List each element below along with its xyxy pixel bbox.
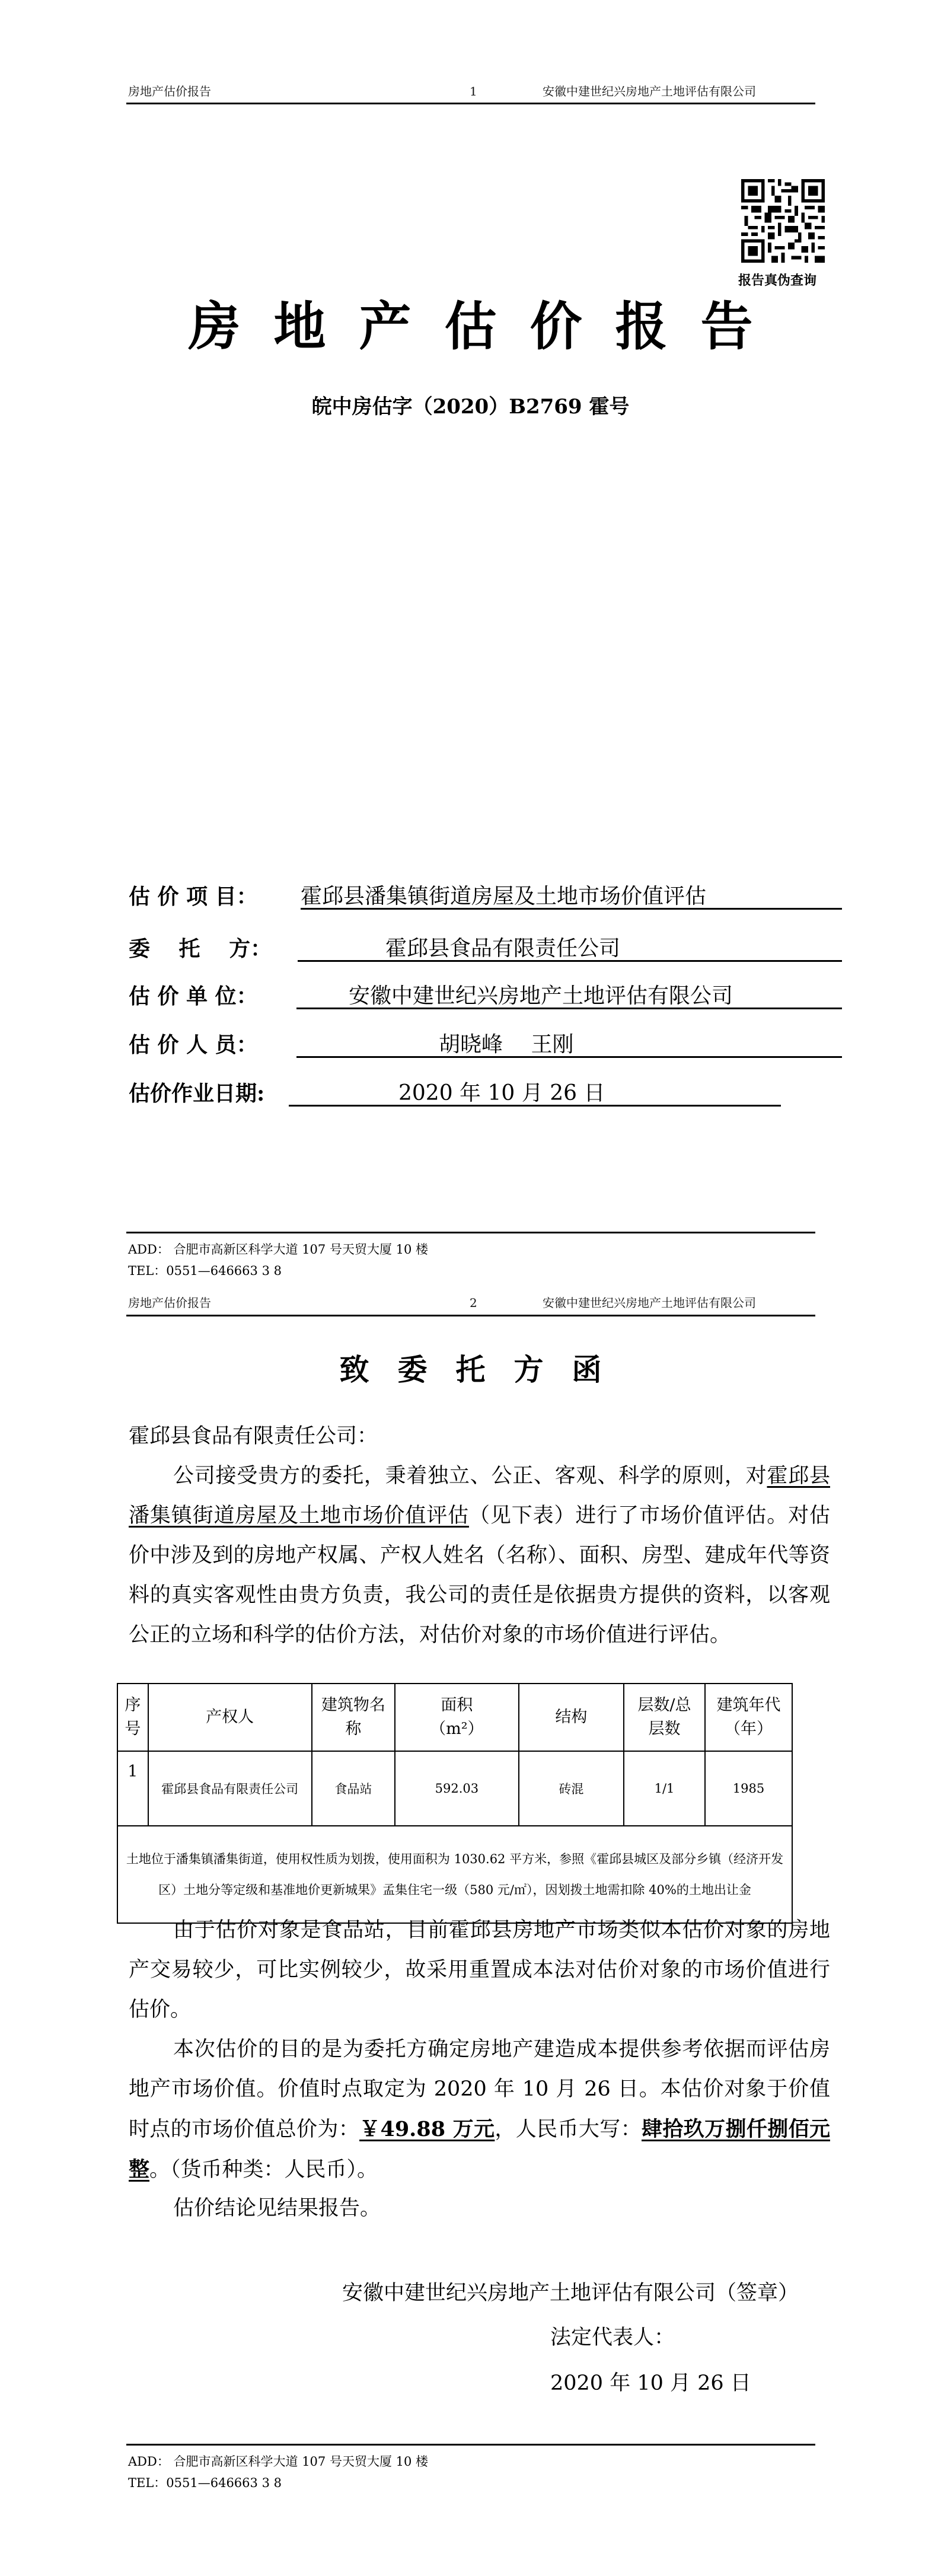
header-page-number: 2 (470, 1296, 477, 1310)
signature-date: 2020 年 10 月 26 日 (550, 2370, 751, 2396)
cell-area: 592.03 (395, 1751, 519, 1826)
header-company-name: 安徽中建世纪兴房地产土地评估有限公司 (543, 84, 756, 98)
footer-tel: TEL：0551—646663 3 8 (128, 1262, 282, 1280)
letter-title: 致委托方函 (0, 1352, 941, 1388)
col-header-owner: 产权人 (148, 1684, 312, 1751)
footer-rule (126, 1232, 815, 1233)
table-header-row: 序号 产权人 建筑物名称 面积（m²） 结构 层数/总层数 建筑年代（年） (117, 1684, 792, 1751)
header-rule (126, 1315, 815, 1316)
field-value-appraiser-org: 安徽中建世纪兴房地产土地评估有限公司 (296, 983, 842, 1009)
field-project: 估 价 项 目： 霍邱县潘集镇街道房屋及土地市场价值评估 (129, 884, 842, 910)
field-value-project: 霍邱县潘集镇街道房屋及土地市场价值评估 (301, 884, 842, 910)
field-appraisers: 估 价 人 员： 胡晓峰 王刚 (129, 1032, 842, 1058)
field-label: 委 托 方： (129, 936, 298, 962)
salutation: 霍邱县食品有限责任公司： (129, 1417, 830, 1456)
col-header-year: 建筑年代（年） (705, 1684, 792, 1751)
field-label: 估价作业日期: (129, 1080, 289, 1107)
header-company-name: 安徽中建世纪兴房地产土地评估有限公司 (543, 1296, 756, 1310)
field-label: 估 价 单 位： (129, 983, 296, 1009)
field-value-work-date: 2020 年 10 月 26 日 (289, 1080, 781, 1107)
document-number: 皖中房估字（2020）B2769 霍号 (0, 394, 941, 420)
cell-structure: 砖混 (519, 1751, 624, 1826)
table-row: 1 霍邱县食品有限责任公司 食品站 592.03 砖混 1/1 1985 (117, 1751, 792, 1826)
field-label: 估 价 人 员： (129, 1032, 296, 1058)
footer-address: ADD： 合肥市高新区科学大道 107 号天贸大厦 10 楼 (128, 2453, 428, 2470)
total-value: ￥49.88 万元 (359, 2117, 495, 2141)
col-header-structure: 结构 (519, 1684, 624, 1751)
field-work-date: 估价作业日期: 2020 年 10 月 26 日 (129, 1080, 781, 1107)
field-label: 估 价 项 目： (129, 884, 301, 910)
signature-legal-rep: 法定代表人： (550, 2325, 675, 2351)
header-page-number: 1 (470, 84, 477, 98)
table-note-row: 土地位于潘集镇潘集街道，使用权性质为划拨，使用面积为 1030.62 平方米，参… (117, 1826, 792, 1923)
cell-floors: 1/1 (624, 1751, 705, 1826)
paragraph-method: 由于估价对象是食品站，目前霍邱县房地产市场类似本估价对象的房地产交易较少，可比实… (129, 1911, 830, 2030)
cell-year: 1985 (705, 1751, 792, 1826)
footer-address: ADD： 合肥市高新区科学大道 107 号天贸大厦 10 楼 (128, 1241, 428, 1258)
value-text-cont: ，人民币大写： (495, 2118, 642, 2141)
land-note: 土地位于潘集镇潘集街道，使用权性质为划拨，使用面积为 1030.62 平方米，参… (117, 1826, 792, 1923)
footer-tel: TEL：0551—646663 3 8 (128, 2474, 282, 2492)
qr-code-icon[interactable] (741, 179, 825, 263)
field-appraiser-org: 估 价 单 位： 安徽中建世纪兴房地产土地评估有限公司 (129, 983, 842, 1009)
field-client: 委 托 方： 霍邱县食品有限责任公司 (129, 936, 842, 962)
cell-owner: 霍邱县食品有限责任公司 (148, 1751, 312, 1826)
currency-text: 。（货币种类：人民币）。 (149, 2158, 378, 2182)
header-report-title: 房地产估价报告 (128, 1296, 211, 1310)
col-header-area: 面积（m²） (395, 1684, 519, 1751)
col-header-seq: 序号 (117, 1684, 148, 1751)
signature-company: 安徽中建世纪兴房地产土地评估有限公司（签章） (342, 2280, 799, 2306)
paragraph-intro: 公司接受贵方的委托，秉着独立、公正、客观、科学的原则，对霍邱县潘集镇街道房屋及土… (129, 1456, 830, 1655)
field-value-appraisers: 胡晓峰 王刚 (296, 1032, 842, 1058)
field-value-client: 霍邱县食品有限责任公司 (298, 936, 842, 962)
header-report-title: 房地产估价报告 (128, 84, 211, 98)
paragraph-conclusion: 估价结论见结果报告。 (129, 2189, 830, 2229)
cell-building: 食品站 (312, 1751, 395, 1826)
intro-text: 公司接受贵方的委托，秉着独立、公正、客观、科学的原则，对 (173, 1464, 767, 1488)
cell-seq: 1 (117, 1751, 148, 1826)
header-rule (126, 103, 815, 104)
qr-verify-label: 报告真伪查询 (738, 270, 816, 289)
footer-rule (126, 2444, 815, 2446)
col-header-floors: 层数/总层数 (624, 1684, 705, 1751)
property-table: 序号 产权人 建筑物名称 面积（m²） 结构 层数/总层数 建筑年代（年） 1 … (117, 1683, 793, 1924)
paragraph-value: 本次估价的目的是为委托方确定房地产建造成本提供参考依据而评估房地产市场价值。价值… (129, 2030, 830, 2190)
cover-title: 房地产估价报告 (0, 297, 941, 356)
col-header-building: 建筑物名称 (312, 1684, 395, 1751)
